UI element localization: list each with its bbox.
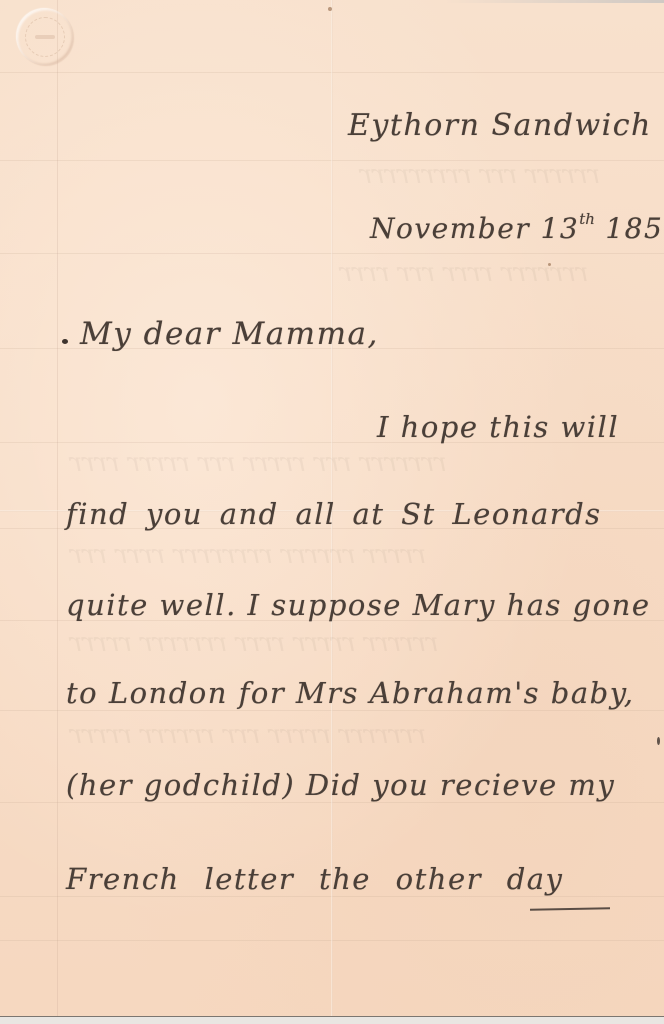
body-line: find you and all at St Leonards xyxy=(66,497,602,531)
date-suffix: th xyxy=(579,210,595,228)
margin-line xyxy=(57,0,58,1016)
ink-dot xyxy=(62,339,68,344)
bleed-through-text: rrrrrr rrr rrrrrrrrr xyxy=(360,160,600,190)
letter-address: Eythorn Sandwich xyxy=(348,108,652,143)
emboss-seal-icon xyxy=(17,9,73,65)
letter-salutation: My dear Mamma, xyxy=(80,316,379,352)
paper-speck xyxy=(657,737,660,745)
body-line: I hope this will xyxy=(377,410,619,444)
closing-flourish xyxy=(530,907,610,910)
bleed-through-text: rrrrrrr rrrrr rrr rrrrrr rrrrr xyxy=(70,720,426,750)
paper-speck xyxy=(328,7,332,11)
body-line: (her godchild) Did you recieve my xyxy=(66,768,615,802)
scan-edge xyxy=(444,0,664,3)
paper-speck xyxy=(548,263,551,266)
bleed-through-text: rrrrrr rrrrr rrrr rrrrrrr rrrrr xyxy=(70,628,439,658)
date-month-day: November 13 xyxy=(370,212,579,245)
body-line: French letter the other day xyxy=(66,862,563,896)
bleed-through-text: rrrrrrr rrr rrrrr rrr rrrrr rrrr xyxy=(70,448,447,478)
bleed-through-text: rrrrrrr rrrr rrr rrrr xyxy=(340,258,589,288)
body-line: quite well. I suppose Mary has gone xyxy=(66,588,650,622)
letter-page: rrrrrr rrr rrrrrrrrr rrrrrrr rrrr rrr rr… xyxy=(0,0,664,1016)
bleed-through-text: rrrrr rrrrrr rrrrrrrr rrrr rrr xyxy=(70,540,426,570)
date-year: 1850. xyxy=(605,212,664,245)
body-line: to London for Mrs Abraham's baby, xyxy=(66,676,634,710)
emboss-center-mark xyxy=(35,35,55,39)
letter-date: November 13th 1850. xyxy=(370,210,664,245)
